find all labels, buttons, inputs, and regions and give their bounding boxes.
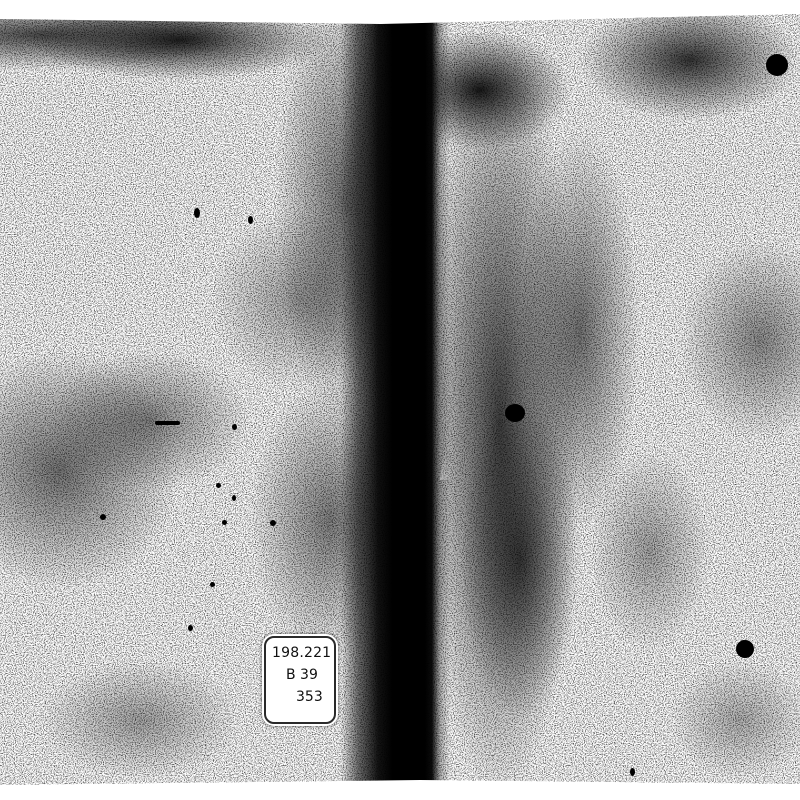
call-number-cutter: B 39 [266, 664, 334, 686]
library-shelf-label: 198.221 B 39 353 [264, 636, 336, 724]
blemish-spot [232, 424, 237, 430]
blemish-spot [222, 520, 227, 525]
blemish-spot [232, 495, 236, 501]
blemish-spot [194, 208, 200, 218]
blemish-spot [188, 625, 193, 631]
blemish-spot [216, 483, 221, 488]
blemish-spot [766, 54, 788, 76]
call-number-item: 353 [266, 686, 334, 708]
blemish-spot [210, 582, 215, 587]
blemish-spot [630, 768, 635, 776]
blemish-spot [155, 421, 180, 425]
blemish-spot [505, 404, 525, 422]
call-number-class: 198.221 [266, 642, 334, 664]
blemish-spot [248, 216, 253, 224]
blemish-spot [736, 640, 754, 658]
blemish-spot [270, 520, 276, 526]
book-binding-scan: 198.221 B 39 353 [0, 0, 800, 800]
blemish-spot [100, 514, 106, 520]
book-cover-surface [0, 0, 800, 800]
book-spine [0, 0, 800, 800]
